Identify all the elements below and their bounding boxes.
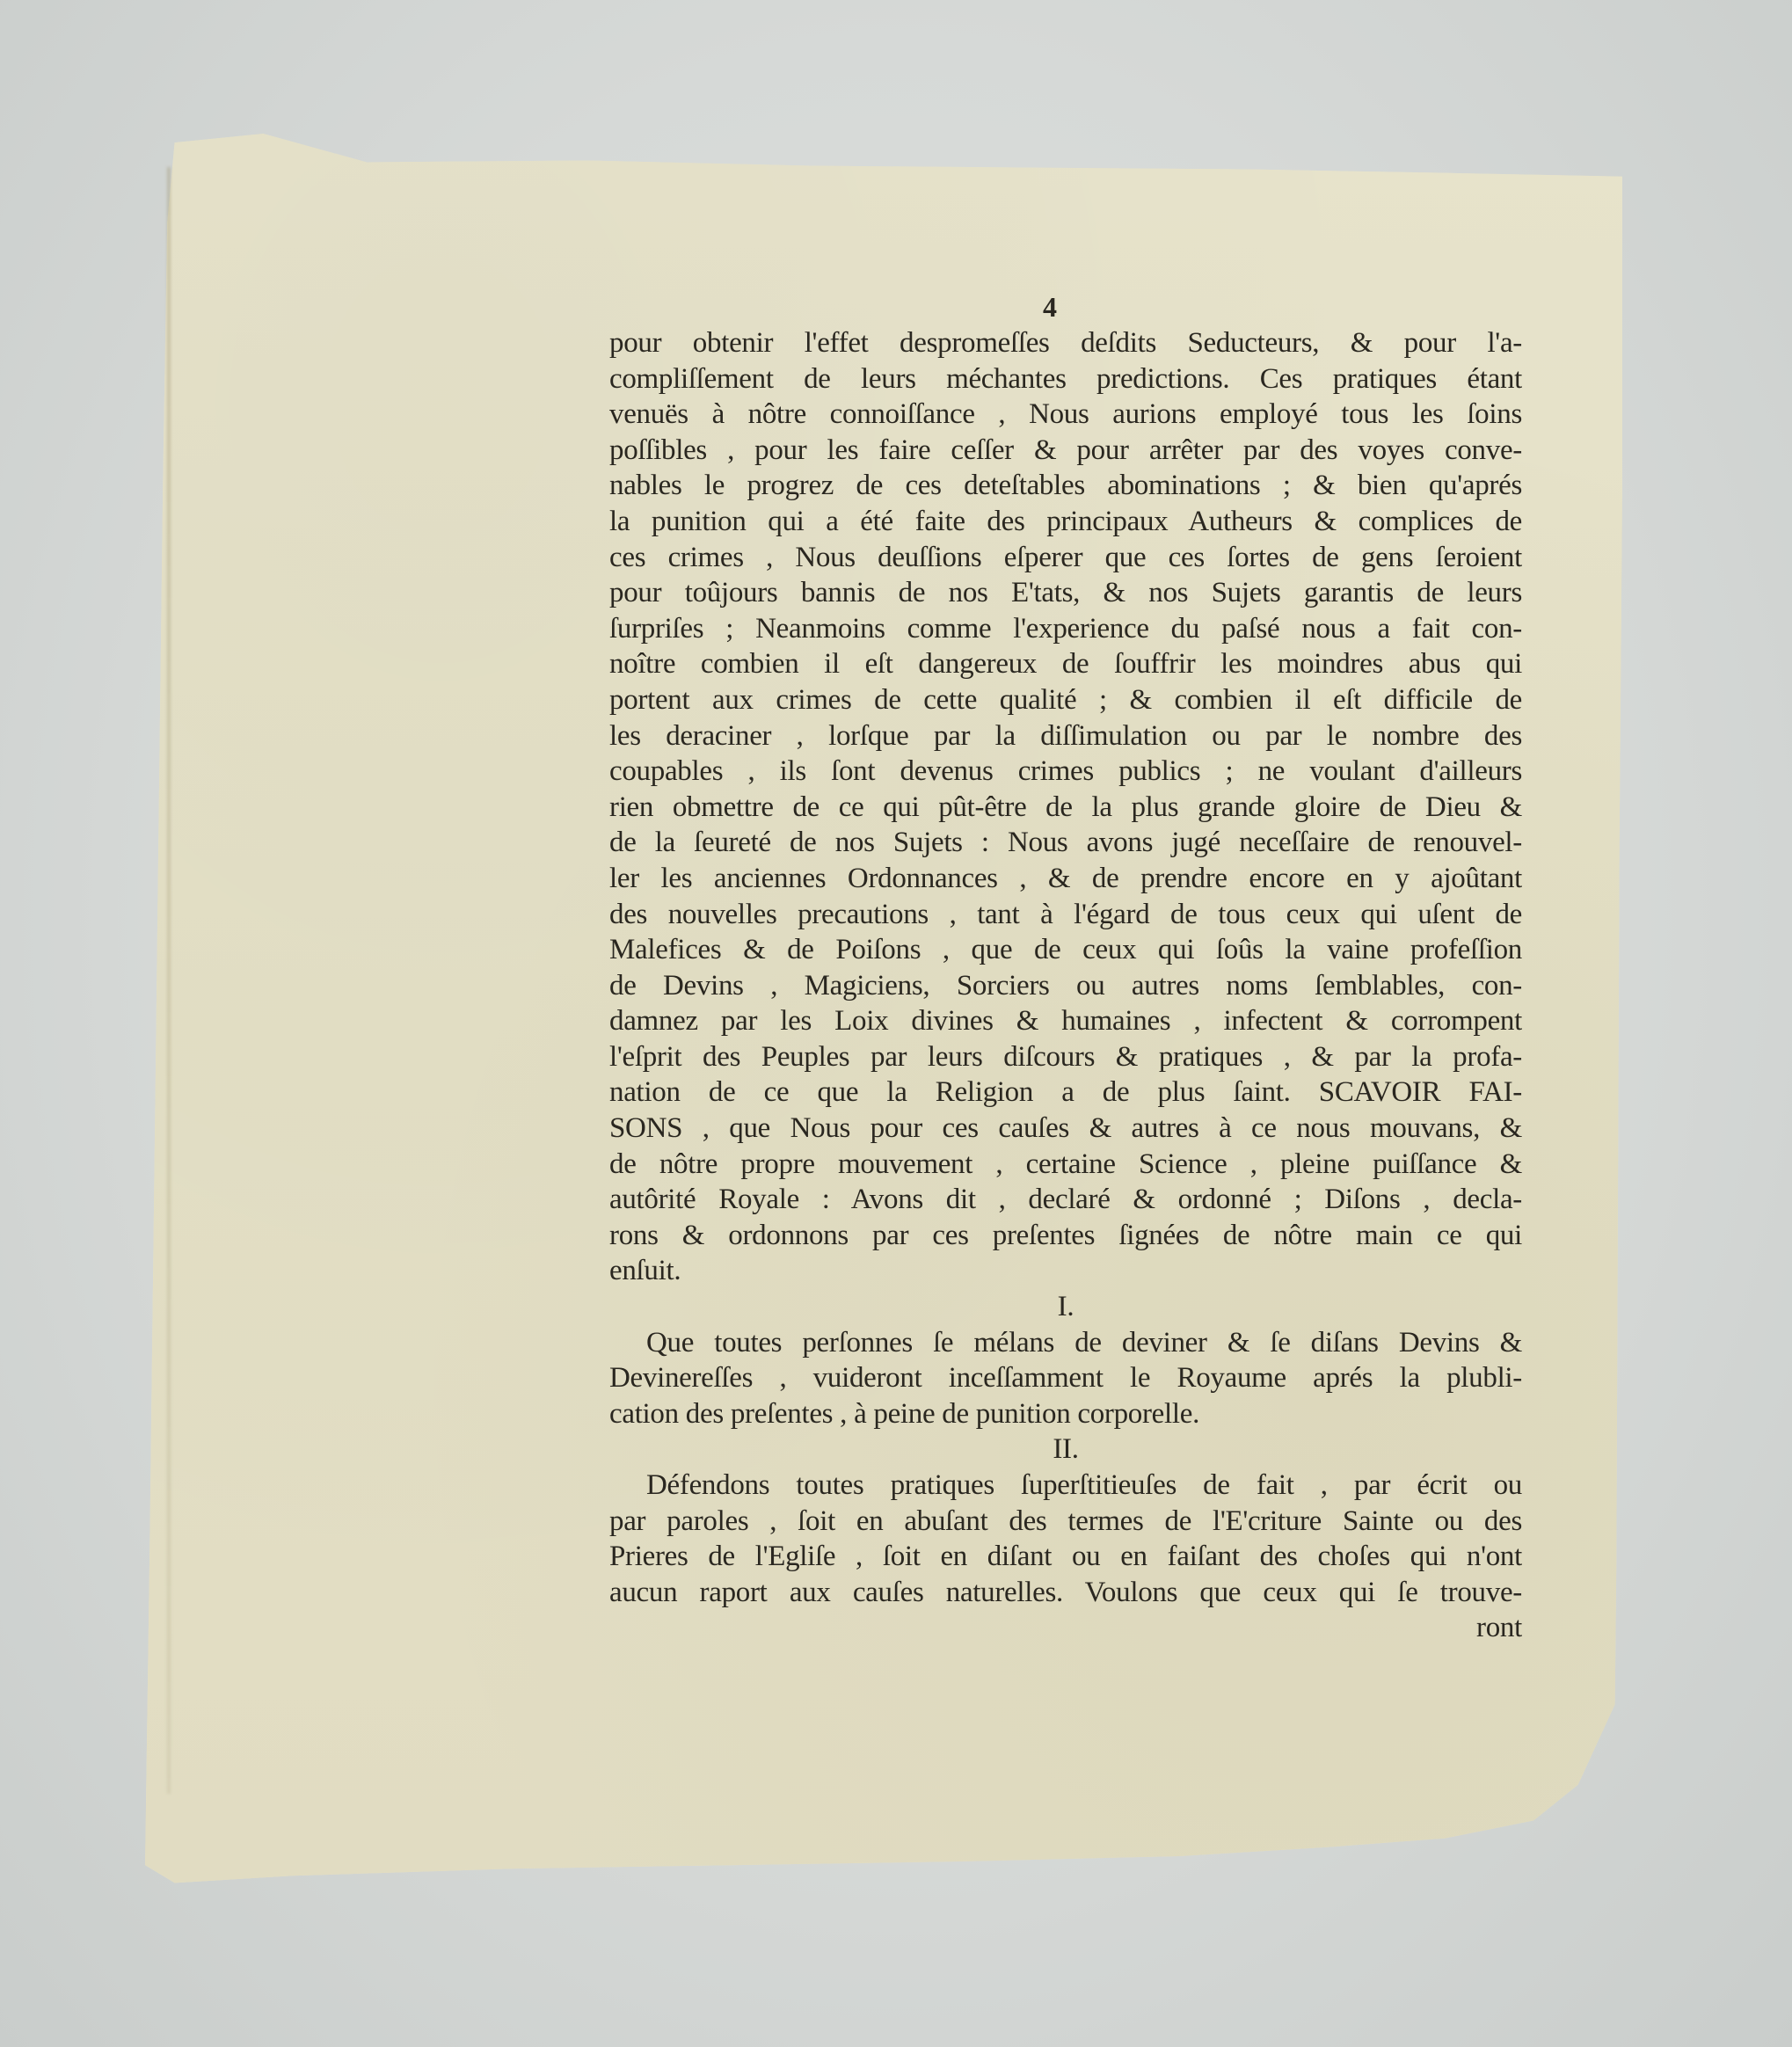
text-line: aucun raport aux cauſes naturelles. Voul…	[609, 1575, 1522, 1611]
text-line: Malefices & de Poiſons , que de ceux qui…	[609, 932, 1522, 968]
text-line: cation des preſentes , à peine de puniti…	[609, 1396, 1522, 1432]
text-line: damnez par les Loix divines & humaines ,…	[609, 1003, 1522, 1039]
paper-fold-mark	[167, 167, 171, 1794]
text-line: nables le progrez de ces deteſtables abo…	[609, 468, 1522, 504]
text-line: poſſibles , pour les faire ceſſer & pour…	[609, 433, 1522, 469]
text-line: Que toutes perſonnes ſe mélans de devine…	[609, 1325, 1522, 1361]
text-line: Prieres de l'Egliſe , ſoit en diſant ou …	[609, 1539, 1522, 1575]
text-line: de nôtre propre mouvement , certaine Sci…	[609, 1147, 1522, 1183]
text-line: par paroles , ſoit en abuſant des termes…	[609, 1504, 1522, 1540]
text-line: de la ſeureté de nos Sujets : Nous avons…	[609, 825, 1522, 861]
text-line: nation de ce que la Religion a de plus ſ…	[609, 1074, 1522, 1111]
text-line: autôrité Royale : Avons dit , declaré & …	[609, 1182, 1522, 1218]
text-line: noître combien il eſt dangereux de ſouff…	[609, 646, 1522, 682]
text-line: venuës à nôtre connoiſſance , Nous aurio…	[609, 397, 1522, 433]
text-line: la punition qui a été faite des principa…	[609, 504, 1522, 540]
text-line: Défendons toutes pratiques ſuperſtitieuſ…	[609, 1468, 1522, 1504]
text-line: compliſſement de leurs méchantes predict…	[609, 361, 1522, 397]
text-line: ſurpriſes ; Neanmoins comme l'experience…	[609, 611, 1522, 647]
text-line: pour obtenir l'effet despromeſſes deſdit…	[609, 325, 1522, 361]
text-line: l'eſprit des Peuples par leurs diſcours …	[609, 1039, 1522, 1075]
text-line: portent aux crimes de cette qualité ; & …	[609, 682, 1522, 718]
spacer	[609, 290, 1522, 325]
document-body: pour obtenir l'effet despromeſſes deſdit…	[609, 290, 1522, 1646]
text-line: Devinereſſes , vuideront inceſſamment le…	[609, 1360, 1522, 1396]
text-line: de Devins , Magiciens, Sorciers ou autre…	[609, 968, 1522, 1004]
text-line: enſuit.	[609, 1253, 1522, 1289]
text-line: rien obmettre de ce qui pût-être de la p…	[609, 790, 1522, 826]
text-line: SONS , que Nous pour ces cauſes & autres…	[609, 1111, 1522, 1147]
text-line: rons & ordonnons par ces preſentes ſigné…	[609, 1218, 1522, 1254]
text-line: coupables , ils ſont devenus crimes publ…	[609, 754, 1522, 790]
text-line: ler les anciennes Ordonnances , & de pre…	[609, 861, 1522, 897]
catchword: ront	[609, 1610, 1522, 1646]
article-heading: II.	[609, 1431, 1522, 1468]
article-heading: I.	[609, 1289, 1522, 1325]
text-line: ces crimes , Nous deuſſions eſperer que …	[609, 540, 1522, 576]
text-line: pour toûjours bannis de nos E'tats, & no…	[609, 575, 1522, 611]
text-line: les deraciner , lorſque par la diſſimula…	[609, 718, 1522, 754]
text-line: des nouvelles precautions , tant à l'éga…	[609, 897, 1522, 933]
